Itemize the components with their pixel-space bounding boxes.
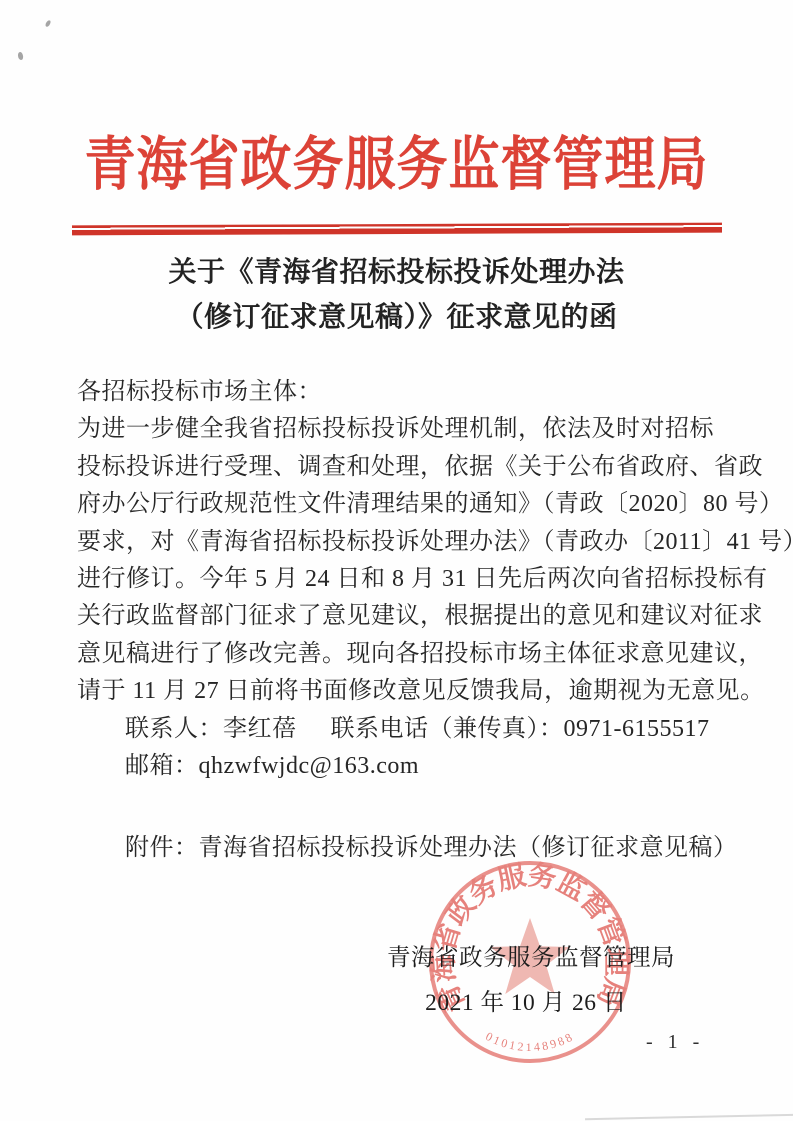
paragraph-line: 进行修订。今年 5 月 24 日和 8 月 31 日先后两次向省招标投标有 — [77, 561, 723, 598]
letterhead-title: 青海省政务服务监督管理局 — [0, 134, 793, 198]
page-number: - 1 - — [646, 1031, 704, 1054]
document-title-line1: 关于《青海省招标投标投诉处理办法 — [0, 250, 793, 295]
paragraph-line: 投标投诉进行受理、调查和处理，依据《关于公布省政府、省政 — [77, 449, 723, 486]
paragraph-line: 请于 11 月 27 日前将书面修改意见反馈我局，逾期视为无意见。 — [77, 673, 723, 710]
email-address: qhzwfwjdc@163.com — [199, 753, 420, 779]
scan-speck — [45, 19, 52, 27]
contact-phone-label: 联系电话（兼传真）： — [331, 716, 564, 742]
signature-date: 2021 年 10 月 26 日 — [387, 983, 665, 1017]
document-title-line2: （修订征求意见稿）》征求意见的函 — [0, 295, 793, 340]
email-line: 邮箱：qhzwfwjdc@163.com — [77, 748, 723, 785]
salutation: 各招标投标市场主体： — [77, 374, 723, 411]
signature-block: 青海省政务服务监督管理局 2021 年 10 月 26 日 — [387, 938, 665, 1017]
paragraph-line: 府办公厅行政规范性文件清理结果的通知》（青政〔2020〕80 号） — [77, 486, 723, 523]
scan-edge — [585, 1114, 793, 1120]
document-title: 关于《青海省招标投标投诉处理办法 （修订征求意见稿）》征求意见的函 — [0, 250, 793, 340]
seal-serial-number: 01012148988 — [483, 1029, 576, 1054]
svg-text:01012148988: 01012148988 — [483, 1029, 576, 1054]
paragraph-line: 关行政监督部门征求了意见建议，根据提出的意见和建议对征求 — [77, 598, 723, 635]
document-page: 青海省政务服务监督管理局 关于《青海省招标投标投诉处理办法 （修订征求意见稿）》… — [0, 0, 793, 1121]
signature-agency: 青海省政务服务监督管理局 — [387, 938, 665, 972]
paragraph-line: 为进一步健全我省招标投标投诉处理机制，依法及时对招标 — [77, 411, 723, 448]
contact-person-label: 联系人： — [125, 716, 223, 742]
scan-speck — [17, 51, 24, 60]
email-label: 邮箱： — [125, 753, 199, 779]
paragraph-line: 意见稿进行了修改完善。现向各招投标市场主体征求意见建议， — [77, 636, 723, 673]
contact-phone: 0971-6155517 — [564, 716, 710, 742]
contact-person: 李红蓓 — [223, 716, 297, 742]
main-paragraph: 为进一步健全我省招标投标投诉处理机制，依法及时对招标投标投诉进行受理、调查和处理… — [77, 411, 723, 710]
letter-body: 各招标投标市场主体： 为进一步健全我省招标投标投诉处理机制，依法及时对招标投标投… — [77, 374, 723, 868]
paragraph-line: 要求，对《青海省招标投标投诉处理办法》（青政办〔2011〕41 号） — [77, 524, 723, 561]
letterhead-rule — [72, 223, 722, 236]
contact-line: 联系人：李红蓓联系电话（兼传真）：0971-6155517 — [77, 711, 723, 748]
